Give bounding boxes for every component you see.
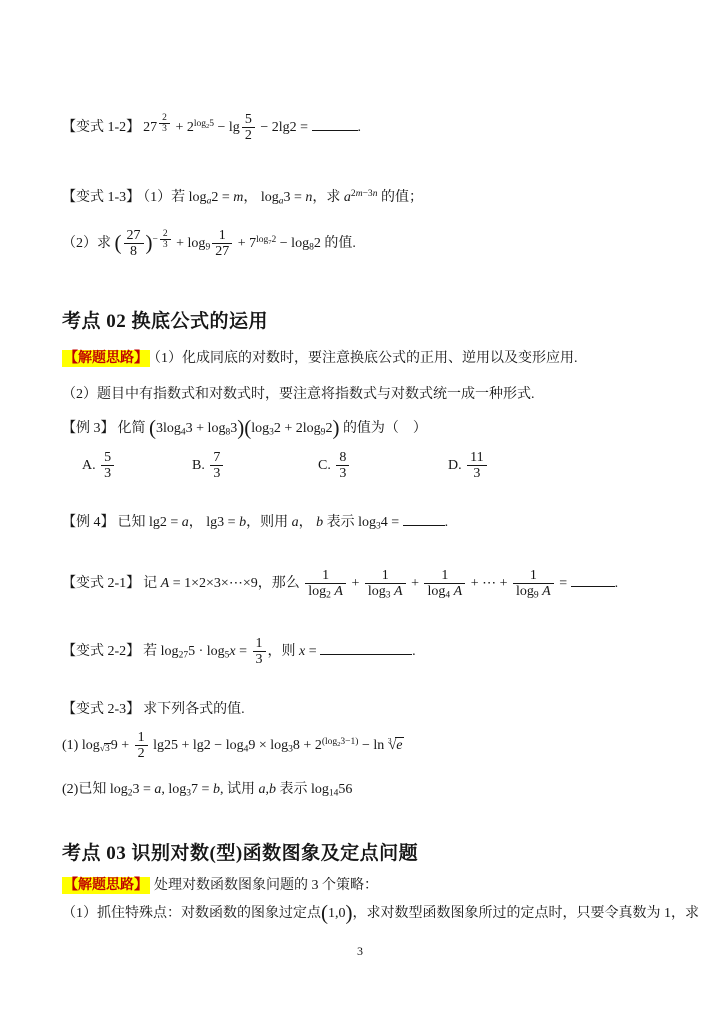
tip-02-text1: （1）化成同底的对数时，要注意换底公式的正用、逆用以及变形应用. (154, 351, 578, 366)
tip-label: 【解题思路】 (62, 350, 150, 367)
formula-variant-2-3-part1: (1) log√39 + 12 lg25 + lg2 − log49 × log… (62, 738, 404, 753)
problem-variant-2-3: 【变式 2-3】求下列各式的值. (62, 700, 670, 720)
problem-variant-2-1: 【变式 2-1】记 A = 1×2×3×⋯×9，那么 1log2 A + 1lo… (62, 568, 670, 599)
problem-variant-1-2: 【变式 1-2】2723 + 2log25 − lg52 − 2lg2 = . (62, 112, 670, 143)
option-c: C. 83 (318, 450, 351, 481)
tip-02-text2: （2）题目中有指数式和对数式时，要注意将指数式与对数式统一成一种形式. (62, 387, 535, 402)
problem-example-3: 【例 3】化简 (3log43 + log83)(log32 + 2log92)… (62, 419, 670, 439)
formula-variant-2-3-part2: (2)已知 log23 = a, log37 = b, 试用 a,b 表示 lo… (62, 782, 352, 797)
page-number: 3 (0, 944, 720, 959)
section-heading-02-text: 考点 02 换底公式的运用 (62, 311, 268, 332)
problem-label: 【变式 1-2】 (62, 120, 140, 135)
variant-2-3-intro: 求下列各式的值. (143, 702, 245, 717)
formula-variant-1-2: 2723 + 2log25 − lg52 − 2lg2 = . (143, 120, 361, 135)
formula-variant-2-1: 记 A = 1×2×3×⋯×9，那么 1log2 A + 1log3 A + 1… (143, 576, 618, 591)
problem-label: 【例 4】 (62, 515, 115, 530)
formula-example-4: 已知 lg2 = a， lg3 = b，则用 a， b 表示 log34 = . (118, 515, 449, 530)
tip-03-line1: 【解题思路】处理对数函数图象问题的 3 个策略： (62, 876, 670, 896)
problem-variant-1-3-part2: （2）求 (278)−23 + log9127 + 7log72 − log82… (62, 228, 670, 259)
problem-label: 【变式 2-1】 (62, 576, 140, 591)
problem-example-4: 【例 4】已知 lg2 = a， lg3 = b，则用 a， b 表示 log3… (62, 512, 670, 534)
problem-variant-1-3-part1: 【变式 1-3】（1）若 loga2 = m， loga3 = n，求 a2m−… (62, 188, 670, 208)
option-b: B. 73 (192, 450, 225, 481)
tip-02-line2: （2）题目中有指数式和对数式时，要注意将指数式与对数式统一成一种形式. (62, 385, 670, 405)
problem-label: 【变式 1-3】 (62, 190, 140, 205)
tip-label: 【解题思路】 (62, 877, 150, 894)
problem-label: 【变式 2-2】 (62, 644, 140, 659)
example-3-options: A. 53 B. 73 C. 83 D. 113 (62, 450, 670, 490)
strategy-1-line: （1）抓住特殊点：对数函数的图象过定点(1,0)，求对数型函数图象所过的定点时，… (62, 904, 670, 924)
formula-example-3: 化简 (3log43 + log83)(log32 + 2log92) 的值为（… (118, 421, 427, 436)
problem-label: 【例 3】 (62, 421, 115, 436)
problem-variant-2-3-part1: (1) log√39 + 12 lg25 + lg2 − log49 × log… (62, 730, 670, 761)
option-a: A. 53 (82, 450, 116, 481)
problem-label: 【变式 2-3】 (62, 702, 140, 717)
problem-variant-2-2: 【变式 2-2】若 log275 · log5x = 13，则 x = . (62, 636, 670, 667)
tip-02-line1: 【解题思路】（1）化成同底的对数时，要注意换底公式的正用、逆用以及变形应用. (62, 349, 670, 369)
formula-variant-2-2: 若 log275 · log5x = 13，则 x = . (143, 644, 415, 659)
tip-03-text1: 处理对数函数图象问题的 3 个策略： (154, 878, 378, 893)
formula-variant-1-3-part1: （1）若 loga2 = m， loga3 = n，求 a2m−3n 的值； (143, 190, 423, 205)
section-heading-03: 考点 03 识别对数(型)函数图象及定点问题 (62, 840, 670, 868)
problem-variant-2-3-part2: (2)已知 log23 = a, log37 = b, 试用 a,b 表示 lo… (62, 780, 670, 800)
section-heading-02: 考点 02 换底公式的运用 (62, 308, 670, 336)
option-d: D. 113 (448, 450, 489, 481)
formula-variant-1-3-part2: （2）求 (278)−23 + log9127 + 7log72 − log82… (62, 236, 356, 251)
formula-strategy-1: （1）抓住特殊点：对数函数的图象过定点(1,0)，求对数型函数图象所过的定点时，… (62, 906, 699, 921)
section-heading-03-text: 考点 03 识别对数(型)函数图象及定点问题 (62, 843, 418, 864)
